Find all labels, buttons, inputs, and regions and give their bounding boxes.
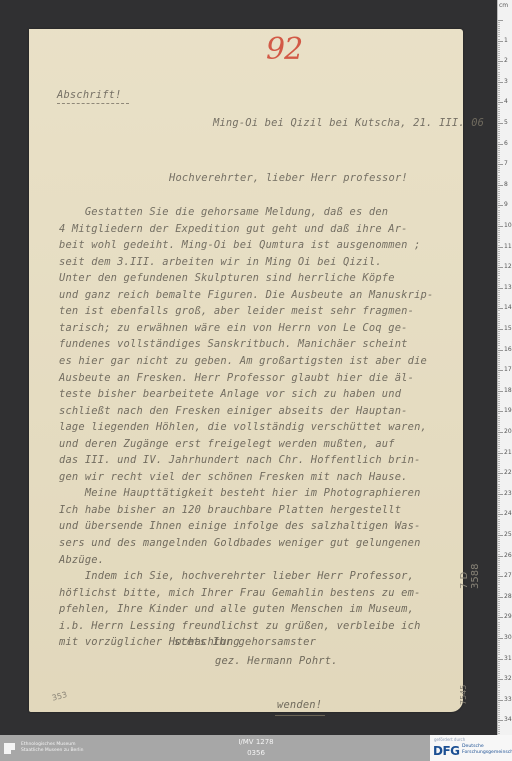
ruler-tick: [498, 718, 500, 719]
ruler-tick: [498, 177, 500, 178]
ruler-tick: [498, 420, 500, 421]
body-line: i.b. Herrn Lessing freundlichst zu grüße…: [59, 620, 421, 632]
ruler-tick: [498, 323, 500, 324]
ruler-tick: [498, 20, 503, 21]
ruler-tick: [498, 224, 500, 225]
ruler-tick: [498, 506, 500, 507]
ruler-tick: [498, 403, 500, 404]
ruler-tick: [498, 424, 500, 425]
ruler-tick: [498, 560, 500, 561]
ruler-tick: [498, 53, 500, 54]
body-line: ten ist ebenfalls groß, aber leider meis…: [59, 305, 414, 317]
ruler-tick: [498, 298, 500, 299]
ruler-tick: [498, 84, 500, 85]
ruler-tick: [498, 366, 500, 367]
ruler-tick: [498, 521, 500, 522]
ruler-tick: [498, 45, 500, 46]
ruler-tick: [498, 547, 500, 548]
ruler-tick: [498, 327, 500, 328]
ruler-tick: [498, 580, 500, 581]
ruler-tick: [498, 216, 500, 217]
ruler-tick: [498, 440, 500, 441]
ruler-tick: [498, 288, 503, 289]
ruler-tick: [498, 113, 500, 114]
ruler-tick: [498, 385, 500, 386]
ruler-tick: [498, 226, 503, 227]
ruler-tick: [498, 57, 500, 58]
ruler-tick: [498, 59, 500, 60]
ruler-tick: [498, 121, 500, 122]
ruler-tick: [498, 397, 500, 398]
ruler-tick: [498, 418, 500, 419]
ruler-tick: [498, 179, 500, 180]
ruler-tick: [498, 135, 500, 136]
ruler-tick: [498, 465, 500, 466]
ruler-tick: [498, 727, 500, 728]
ruler-number: 18: [504, 387, 512, 394]
ruler-tick: [498, 523, 500, 524]
ruler-tick: [498, 273, 500, 274]
ruler-number: 32: [504, 675, 512, 682]
ruler-tick: [498, 65, 500, 66]
body-line: und deren Zugänge erst freigelegt werden…: [59, 438, 395, 450]
ruler-tick: [498, 374, 500, 375]
ruler-tick: [498, 644, 500, 645]
ruler-tick: [498, 199, 500, 200]
ruler-tick: [498, 642, 500, 643]
letter-page: 92 Abschrift! Ming-Oi bei Qizil bei Kuts…: [29, 29, 463, 712]
ruler-tick: [498, 632, 500, 633]
ruler-tick: [498, 603, 500, 604]
ruler-tick: [498, 325, 500, 326]
ruler-tick: [498, 343, 500, 344]
ruler-tick: [498, 451, 500, 452]
body-line: sers und des mangelnden Goldbades wenige…: [59, 537, 421, 549]
ruler-tick: [498, 409, 500, 410]
ruler-tick: [498, 339, 500, 340]
body-line: tarisch; zu erwähnen wäre ein von Herrn …: [59, 322, 408, 334]
ruler-tick: [498, 479, 500, 480]
ruler-tick: [498, 661, 500, 662]
ruler-tick: [498, 533, 500, 534]
ruler-tick: [498, 187, 500, 188]
ruler-tick: [498, 115, 500, 116]
body-line: gen wir recht viel der schönen Fresken m…: [59, 471, 408, 483]
ruler-number: 21: [504, 449, 512, 456]
ruler-tick: [498, 308, 503, 309]
ruler-number: 10: [504, 222, 512, 229]
ruler-number: 7: [504, 160, 508, 167]
ruler-tick: [498, 310, 500, 311]
ruler-tick: [498, 296, 500, 297]
ruler-tick: [498, 185, 503, 186]
ruler-tick: [498, 692, 500, 693]
ruler-tick: [498, 667, 500, 668]
ruler-tick: [498, 146, 500, 147]
ruler-tick: [498, 181, 500, 182]
ruler-tick: [498, 43, 500, 44]
ruler-tick: [498, 453, 503, 454]
ruler-tick: [498, 139, 500, 140]
ruler-number: 20: [504, 428, 512, 435]
ruler-tick: [498, 712, 500, 713]
ruler-tick: [498, 261, 500, 262]
ruler-tick: [498, 725, 500, 726]
ruler-tick: [498, 152, 500, 153]
ruler-tick: [498, 683, 500, 684]
ruler-tick: [498, 650, 500, 651]
ruler-tick: [498, 306, 500, 307]
ruler-tick: [498, 172, 500, 173]
ruler-tick: [498, 510, 500, 511]
ruler-tick: [498, 469, 500, 470]
ruler-tick: [498, 333, 500, 334]
ruler-tick: [498, 570, 500, 571]
ruler-tick: [498, 716, 500, 717]
ruler-tick: [498, 160, 500, 161]
ruler-tick: [498, 595, 500, 596]
ruler-tick: [498, 722, 500, 723]
ruler-tick: [498, 263, 500, 264]
ruler-tick: [498, 321, 500, 322]
ruler-tick: [498, 117, 500, 118]
ruler-tick: [498, 457, 500, 458]
ruler-tick: [498, 720, 503, 721]
ruler-tick: [498, 531, 500, 532]
ruler-tick: [498, 100, 500, 101]
ruler-tick: [498, 529, 500, 530]
ruler-tick: [498, 72, 500, 73]
ruler-tick: [498, 370, 503, 371]
body-line: Indem ich Sie, hochverehrter lieber Herr…: [59, 570, 414, 582]
ruler-tick: [498, 55, 500, 56]
ruler-tick: [498, 508, 500, 509]
ruler-tick: [498, 292, 500, 293]
body-line: fundenes vollständiges Sanskritbuch. Man…: [59, 338, 408, 350]
body-line: Ausbeute an Fresken. Herr Professor glau…: [59, 372, 414, 384]
ruler-tick: [498, 652, 500, 653]
ruler-tick: [498, 197, 500, 198]
ruler-tick: [498, 368, 500, 369]
ruler-tick: [498, 183, 500, 184]
ruler-tick: [498, 269, 500, 270]
ruler-number: 6: [504, 140, 508, 147]
ruler-number: 19: [504, 407, 512, 414]
ruler-number: 14: [504, 304, 512, 311]
ruler-tick: [498, 242, 500, 243]
ruler-tick: [498, 61, 503, 62]
ruler-tick: [498, 24, 500, 25]
ruler-tick: [498, 28, 500, 29]
ruler-number: 30: [504, 634, 512, 641]
ruler-number: 24: [504, 510, 512, 517]
funder-badge: gefördert durch DFG Deutsche Forschungsg…: [430, 735, 512, 761]
ruler-tick: [498, 158, 500, 159]
ruler-tick: [498, 426, 500, 427]
ruler-tick: [498, 284, 500, 285]
body-line: Gestatten Sie die gehorsame Meldung, daß…: [59, 206, 388, 218]
ruler-tick: [498, 166, 500, 167]
ruler-tick: [498, 300, 500, 301]
ruler-number: 27: [504, 572, 512, 579]
ruler-tick: [498, 76, 500, 77]
ruler-tick: [498, 337, 500, 338]
ruler-tick: [498, 102, 503, 103]
ruler-tick: [498, 331, 500, 332]
ruler-tick: [498, 587, 500, 588]
pencil-number-note: 7545: [459, 685, 468, 705]
ruler-tick: [498, 383, 500, 384]
ruler-tick: [498, 154, 500, 155]
ruler-tick: [498, 111, 500, 112]
turn-over-underline: [275, 715, 325, 716]
ruler-tick: [498, 490, 500, 491]
ruler-tick: [498, 601, 500, 602]
closing-phrase: stets Ihr gehorsamster: [174, 636, 316, 648]
funder-name: Deutsche Forschungsgemeinschaft: [462, 744, 512, 755]
ruler-tick: [498, 129, 500, 130]
ruler-tick: [498, 230, 500, 231]
ruler-tick: [498, 123, 503, 124]
ruler-tick: [498, 94, 500, 95]
ruler-number: 13: [504, 284, 512, 291]
ruler-tick: [498, 191, 500, 192]
ruler-tick: [498, 137, 500, 138]
ruler-number: 17: [504, 366, 512, 373]
ruler-number: 11: [504, 243, 512, 250]
ruler-tick: [498, 265, 500, 266]
ruler-tick: [498, 714, 500, 715]
ruler-tick: [498, 220, 500, 221]
ruler-tick: [498, 411, 503, 412]
ruler-tick: [498, 119, 500, 120]
ruler-tick: [498, 222, 500, 223]
ruler-tick: [498, 700, 503, 701]
ruler-tick: [498, 473, 503, 474]
ruler-tick: [498, 240, 500, 241]
ruler-tick: [498, 496, 500, 497]
ruler-number: 4: [504, 98, 508, 105]
turn-over-note: wenden!: [277, 699, 322, 711]
ruler-tick: [498, 706, 500, 707]
ruler-tick: [498, 446, 500, 447]
ruler-tick: [498, 90, 500, 91]
ruler-tick: [498, 444, 500, 445]
ruler-tick: [498, 657, 500, 658]
ruler-tick: [498, 566, 500, 567]
body-line: Unter den gefundenen Skulpturen sind her…: [59, 272, 395, 284]
ruler-tick: [498, 133, 500, 134]
ruler-tick: [498, 549, 500, 550]
ruler-tick: [498, 484, 500, 485]
ruler-tick: [498, 378, 500, 379]
ruler-tick: [498, 30, 500, 31]
ruler-tick: [498, 405, 500, 406]
ruler-tick: [498, 162, 500, 163]
ruler-tick: [498, 694, 500, 695]
ruler-tick: [498, 381, 500, 382]
ruler-tick: [498, 558, 500, 559]
ruler-tick: [498, 504, 500, 505]
ruler-tick: [498, 164, 503, 165]
ruler-tick: [498, 461, 500, 462]
ruler-tick: [498, 589, 500, 590]
ruler-tick: [498, 636, 500, 637]
ruler-tick: [498, 673, 500, 674]
ruler-tick: [498, 477, 500, 478]
ruler-number: 23: [504, 490, 512, 497]
ruler-tick: [498, 488, 500, 489]
ruler-tick: [498, 556, 503, 557]
ruler-tick: [498, 228, 500, 229]
ruler-tick: [498, 605, 500, 606]
ruler-tick: [498, 193, 500, 194]
ruler-tick: [498, 671, 500, 672]
ruler-tick: [498, 335, 500, 336]
ruler-tick: [498, 127, 500, 128]
ruler-tick: [498, 413, 500, 414]
dfg-logo-icon: DFG: [433, 744, 460, 758]
ruler-tick: [498, 150, 500, 151]
copy-label-underline: [57, 103, 129, 104]
ruler-tick: [498, 659, 503, 660]
ruler-tick: [498, 591, 500, 592]
ruler-tick: [498, 599, 500, 600]
body-line: und ganz reich bemalte Figuren. Die Ausb…: [59, 289, 433, 301]
ruler-tick: [498, 168, 500, 169]
ruler-tick: [498, 498, 500, 499]
ruler-tick: [498, 687, 500, 688]
body-line: teste bisher bearbeitete Anlage vor sich…: [59, 388, 401, 400]
body-line: pfehlen, Ihre Kinder und alle guten Mens…: [59, 603, 414, 615]
ruler-tick: [498, 696, 500, 697]
ruler-tick: [498, 362, 500, 363]
ruler-tick: [498, 535, 503, 536]
ruler-tick: [498, 554, 500, 555]
ruler-tick: [498, 611, 500, 612]
ruler-tick: [498, 36, 500, 37]
ruler-tick: [498, 259, 500, 260]
ruler-tick: [498, 212, 500, 213]
ruler-tick: [498, 630, 500, 631]
ruler-tick: [498, 271, 500, 272]
salutation: Hochverehrter, lieber Herr professor!: [169, 172, 408, 184]
ruler-tick: [498, 702, 500, 703]
body-line: höflichst bitte, mich Ihrer Frau Gemahli…: [59, 587, 421, 599]
ruler-tick: [498, 356, 500, 357]
ruler-tick: [498, 170, 500, 171]
ruler-tick: [498, 304, 500, 305]
ruler-tick: [498, 247, 503, 248]
ruler-tick: [498, 67, 500, 68]
ruler-tick: [498, 502, 500, 503]
ruler-unit-label: cm: [499, 2, 508, 9]
ruler-tick: [498, 144, 503, 145]
ruler-tick: [498, 315, 500, 316]
ruler-tick: [498, 203, 500, 204]
body-line: das III. und IV. Jahrhundert nach Chr. H…: [59, 454, 421, 466]
body-line: 4 Mitgliedern der Expedition gut geht un…: [59, 223, 408, 235]
ruler-tick: [498, 345, 500, 346]
ruler-tick: [498, 376, 500, 377]
ruler-tick: [498, 519, 500, 520]
body-line: beit wohl gedeiht. Ming-Oi bei Qumtura i…: [59, 239, 421, 251]
ruler-tick: [498, 364, 500, 365]
ruler-tick: [498, 698, 500, 699]
ruler-tick: [498, 539, 500, 540]
ruler-number: 34: [504, 716, 512, 723]
ruler-tick: [498, 665, 500, 666]
ruler-tick: [498, 148, 500, 149]
ruler-tick: [498, 422, 500, 423]
ruler-tick: [498, 201, 500, 202]
ruler-tick: [498, 358, 500, 359]
ruler-tick: [498, 681, 500, 682]
ruler-tick: [498, 26, 500, 27]
ruler-tick: [498, 195, 500, 196]
body-line: Ich habe bisher an 120 brauchbare Platte…: [59, 504, 401, 516]
ruler-number: 3: [504, 78, 508, 85]
ruler-tick: [498, 617, 503, 618]
ruler-tick: [498, 690, 500, 691]
ruler-tick: [498, 232, 500, 233]
ruler-tick: [498, 245, 500, 246]
ruler-tick: [498, 387, 500, 388]
ruler-tick: [498, 593, 500, 594]
ruler-tick: [498, 646, 500, 647]
ruler-number: 2: [504, 57, 508, 64]
ruler-tick: [498, 731, 500, 732]
body-line: seit dem 3.III. arbeiten wir in Ming Oi …: [59, 256, 382, 268]
ruler-number: 29: [504, 613, 512, 620]
ruler-tick: [498, 584, 500, 585]
ruler-tick: [498, 494, 503, 495]
ruler-tick: [498, 448, 500, 449]
ruler-number: 31: [504, 655, 512, 662]
ruler-tick: [498, 399, 500, 400]
ruler-tick: [498, 677, 500, 678]
ruler-tick: [498, 282, 500, 283]
ruler-tick: [498, 82, 503, 83]
ruler-tick: [498, 634, 500, 635]
ruler-tick: [498, 78, 500, 79]
ruler-tick: [498, 96, 500, 97]
ruler-number: 5: [504, 119, 508, 126]
ruler-tick: [498, 372, 500, 373]
body-line: Meine Haupttätigkeit besteht hier im Pho…: [59, 487, 421, 499]
ruler-tick: [498, 313, 500, 314]
ruler-number: 25: [504, 531, 512, 538]
ruler-tick: [498, 541, 500, 542]
ruler-tick: [498, 189, 500, 190]
ruler-tick: [498, 354, 500, 355]
ruler-tick: [498, 142, 500, 143]
ruler-tick: [498, 294, 500, 295]
signature-line: gez. Hermann Pohrt.: [215, 655, 338, 667]
ruler-tick: [498, 319, 500, 320]
ruler-tick: [498, 32, 500, 33]
body-line: schließt nach den Fresken einiger abseit…: [59, 405, 408, 417]
ruler-tick: [498, 467, 500, 468]
ruler-tick: [498, 88, 500, 89]
ruler-tick: [498, 613, 500, 614]
ruler-tick: [498, 360, 500, 361]
ruler-tick: [498, 582, 500, 583]
ruler-tick: [498, 516, 500, 517]
body-line: Abzüge.: [59, 554, 104, 566]
ruler-tick: [498, 39, 500, 40]
ruler-tick: [498, 543, 500, 544]
